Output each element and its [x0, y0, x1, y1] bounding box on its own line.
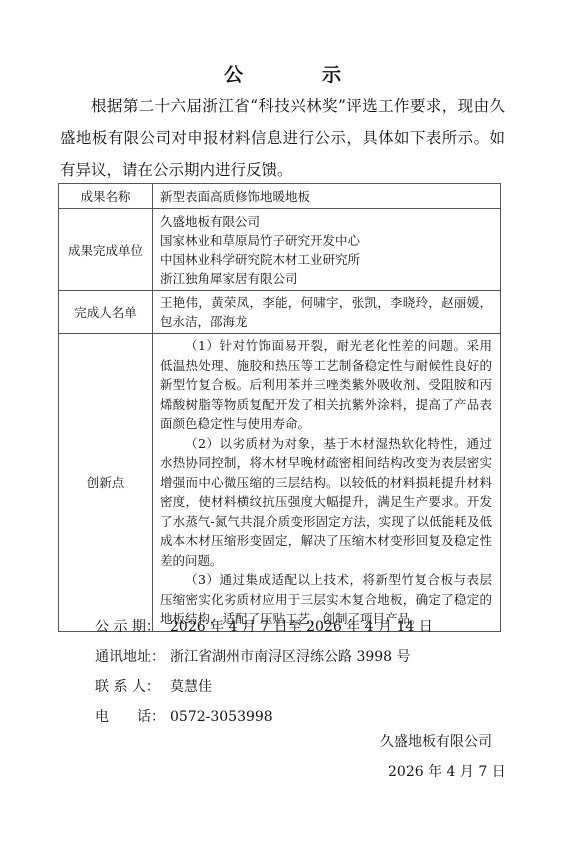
info-table: 成果名称 新型表面高质修饰地暖地板 成果完成单位 久盛地板有限公司 国家林业和草…	[58, 183, 501, 632]
signature-date: 2026 年 4 月 7 日	[388, 757, 506, 787]
row-label: 成果名称	[59, 184, 153, 209]
table-row: 创新点 （1）针对竹饰面易开裂，耐光老化性差的问题。采用低温热处理、施胶和热压等…	[59, 334, 501, 632]
organization: 浙江独角犀家居有限公司	[160, 269, 492, 288]
organizations: 久盛地板有限公司 国家林业和草原局竹子研究开发中心 中国林业科学研究院木材工业研…	[153, 209, 501, 291]
contact-person-value: 莫慧佳	[170, 672, 212, 702]
organization: 久盛地板有限公司	[160, 212, 492, 231]
row-label: 完成人名单	[59, 291, 153, 334]
phone-label: 电 话：	[95, 702, 170, 732]
table-row: 成果完成单位 久盛地板有限公司 国家林业和草原局竹子研究开发中心 中国林业科学研…	[59, 209, 501, 291]
organization: 国家林业和草原局竹子研究开发中心	[160, 231, 492, 250]
table-row: 完成人名单 王艳伟，黄荣凤，李能，何啸宇，张凯，李晓玲，赵丽媛，包永洁，邵海龙	[59, 291, 501, 334]
table-row: 成果名称 新型表面高质修饰地暖地板	[59, 184, 501, 209]
address-label: 通讯地址：	[95, 642, 170, 672]
innovation-paragraph: （2）以劣质材为对象，基于木材湿热软化特性，通过水热协同控制，将木材早晚材疏密相…	[160, 434, 492, 571]
organization: 中国林业科学研究院木材工业研究所	[160, 250, 492, 269]
phone-value: 0572-3053998	[170, 702, 273, 732]
signature-company: 久盛地板有限公司	[380, 727, 492, 757]
innovation-paragraph: （1）针对竹饰面易开裂，耐光老化性差的问题。采用低温热处理、施胶和热压等工艺制备…	[160, 336, 492, 434]
period-row: 公 示 期： 2026 年 4 月 7 日至 2026 年 4 月 14 日	[95, 612, 433, 642]
address-value: 浙江省湖州市南浔区浔练公路 3998 号	[170, 642, 411, 672]
intro-paragraph: 根据第二十六届浙江省“科技兴林奖”评选工作要求，现由久盛地板有限公司对申报材料信…	[60, 90, 505, 186]
contact-info: 公 示 期： 2026 年 4 月 7 日至 2026 年 4 月 14 日 通…	[95, 612, 433, 732]
contributors: 王艳伟，黄荣凤，李能，何啸宇，张凯，李晓玲，赵丽媛，包永洁，邵海龙	[153, 291, 501, 334]
contact-person-row: 联 系 人： 莫慧佳	[95, 672, 433, 702]
innovations: （1）针对竹饰面易开裂，耐光老化性差的问题。采用低温热处理、施胶和热压等工艺制备…	[153, 334, 501, 632]
achievement-name: 新型表面高质修饰地暖地板	[153, 184, 501, 209]
page-title: 公 示	[0, 60, 565, 87]
row-label: 成果完成单位	[59, 209, 153, 291]
period-label: 公 示 期：	[95, 612, 170, 642]
contact-person-label: 联 系 人：	[95, 672, 170, 702]
row-label: 创新点	[59, 334, 153, 632]
address-row: 通讯地址： 浙江省湖州市南浔区浔练公路 3998 号	[95, 642, 433, 672]
period-value: 2026 年 4 月 7 日至 2026 年 4 月 14 日	[170, 612, 433, 642]
